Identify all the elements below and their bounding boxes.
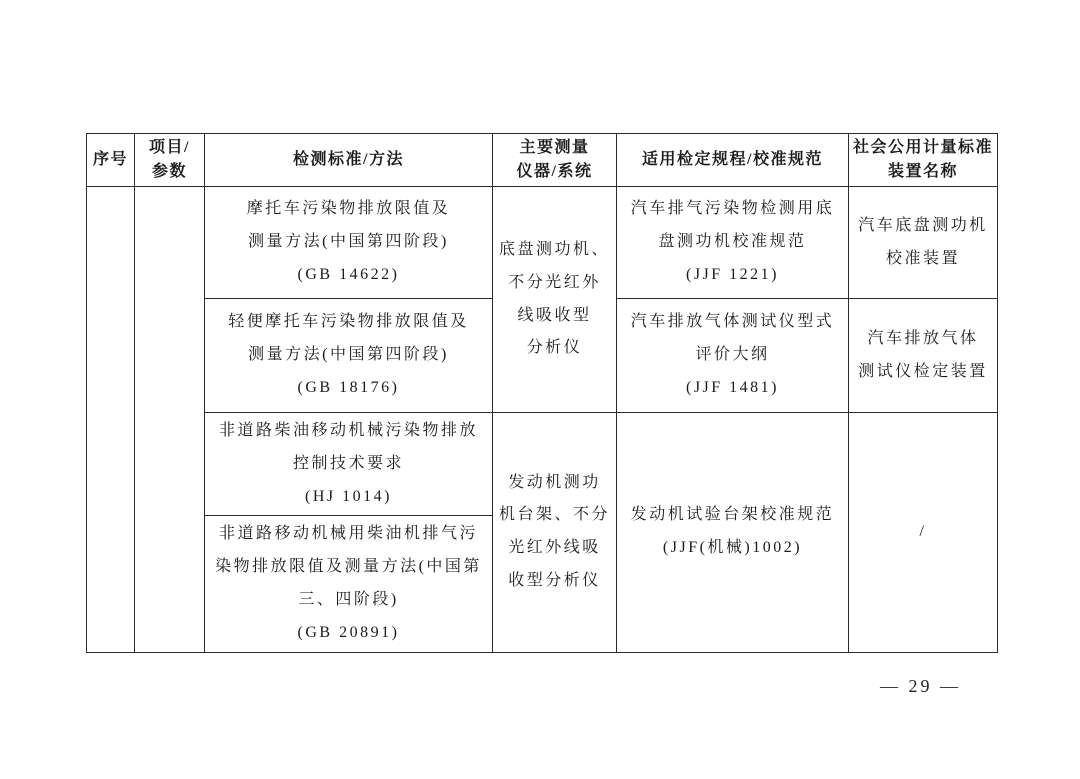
header-project-parameter: 项目/ 参数 bbox=[135, 134, 205, 187]
serial-number-cell bbox=[87, 187, 135, 653]
standard-cell-moped: 轻便摩托车污染物排放限值及 测量方法(中国第四阶段) (GB 18176) bbox=[205, 299, 493, 413]
header-testing-standard: 检测标准/方法 bbox=[205, 134, 493, 187]
regulation-cell-jjf1481: 汽车排放气体测试仪型式 评价大纲 (JJF 1481) bbox=[617, 299, 849, 413]
header-verification-regulation: 适用检定规程/校准规范 bbox=[617, 134, 849, 187]
regulation-cell-jjf1221: 汽车排气污染物检测用底 盘测功机校准规范 (JJF 1221) bbox=[617, 187, 849, 299]
table-header-row: 序号 项目/ 参数 检测标准/方法 主要测量 仪器/系统 适用检定规程/校准规范… bbox=[87, 134, 998, 187]
device-cell-none: / bbox=[849, 413, 998, 653]
header-serial-number: 序号 bbox=[87, 134, 135, 187]
table-row: 摩托车污染物排放限值及 测量方法(中国第四阶段) (GB 14622) 底盘测功… bbox=[87, 187, 998, 299]
standard-cell-nonroad-diesel-machinery: 非道路柴油移动机械污染物排放 控制技术要求 (HJ 1014) bbox=[205, 413, 493, 516]
regulation-cell-jjf-jixie-1002: 发动机试验台架校准规范 (JJF(机械)1002) bbox=[617, 413, 849, 653]
document-page: { "table": { "headers": [ "序号", "项目/\n参数… bbox=[0, 0, 1080, 779]
device-cell-exhaust-gas-tester: 汽车排放气体 测试仪检定装置 bbox=[849, 299, 998, 413]
page-number: — 29 — bbox=[880, 676, 961, 697]
instrument-cell-chassis-dyno: 底盘测功机、 不分光红外 线吸收型 分析仪 bbox=[493, 187, 617, 413]
project-parameter-cell bbox=[135, 187, 205, 653]
table-row: 非道路柴油移动机械污染物排放 控制技术要求 (HJ 1014) 发动机测功 机台… bbox=[87, 413, 998, 516]
header-measuring-instrument: 主要测量 仪器/系统 bbox=[493, 134, 617, 187]
standard-cell-motorcycle: 摩托车污染物排放限值及 测量方法(中国第四阶段) (GB 14622) bbox=[205, 187, 493, 299]
device-cell-chassis-dyno-calibration: 汽车底盘测功机 校准装置 bbox=[849, 187, 998, 299]
header-public-standard-device: 社会公用计量标准 装置名称 bbox=[849, 134, 998, 187]
standards-table: 序号 项目/ 参数 检测标准/方法 主要测量 仪器/系统 适用检定规程/校准规范… bbox=[86, 133, 998, 653]
instrument-cell-engine-dyno-bench: 发动机测功 机台架、不分 光红外线吸 收型分析仪 bbox=[493, 413, 617, 653]
standard-cell-nonroad-diesel-engine: 非道路移动机械用柴油机排气污 染物排放限值及测量方法(中国第 三、四阶段) (G… bbox=[205, 516, 493, 652]
